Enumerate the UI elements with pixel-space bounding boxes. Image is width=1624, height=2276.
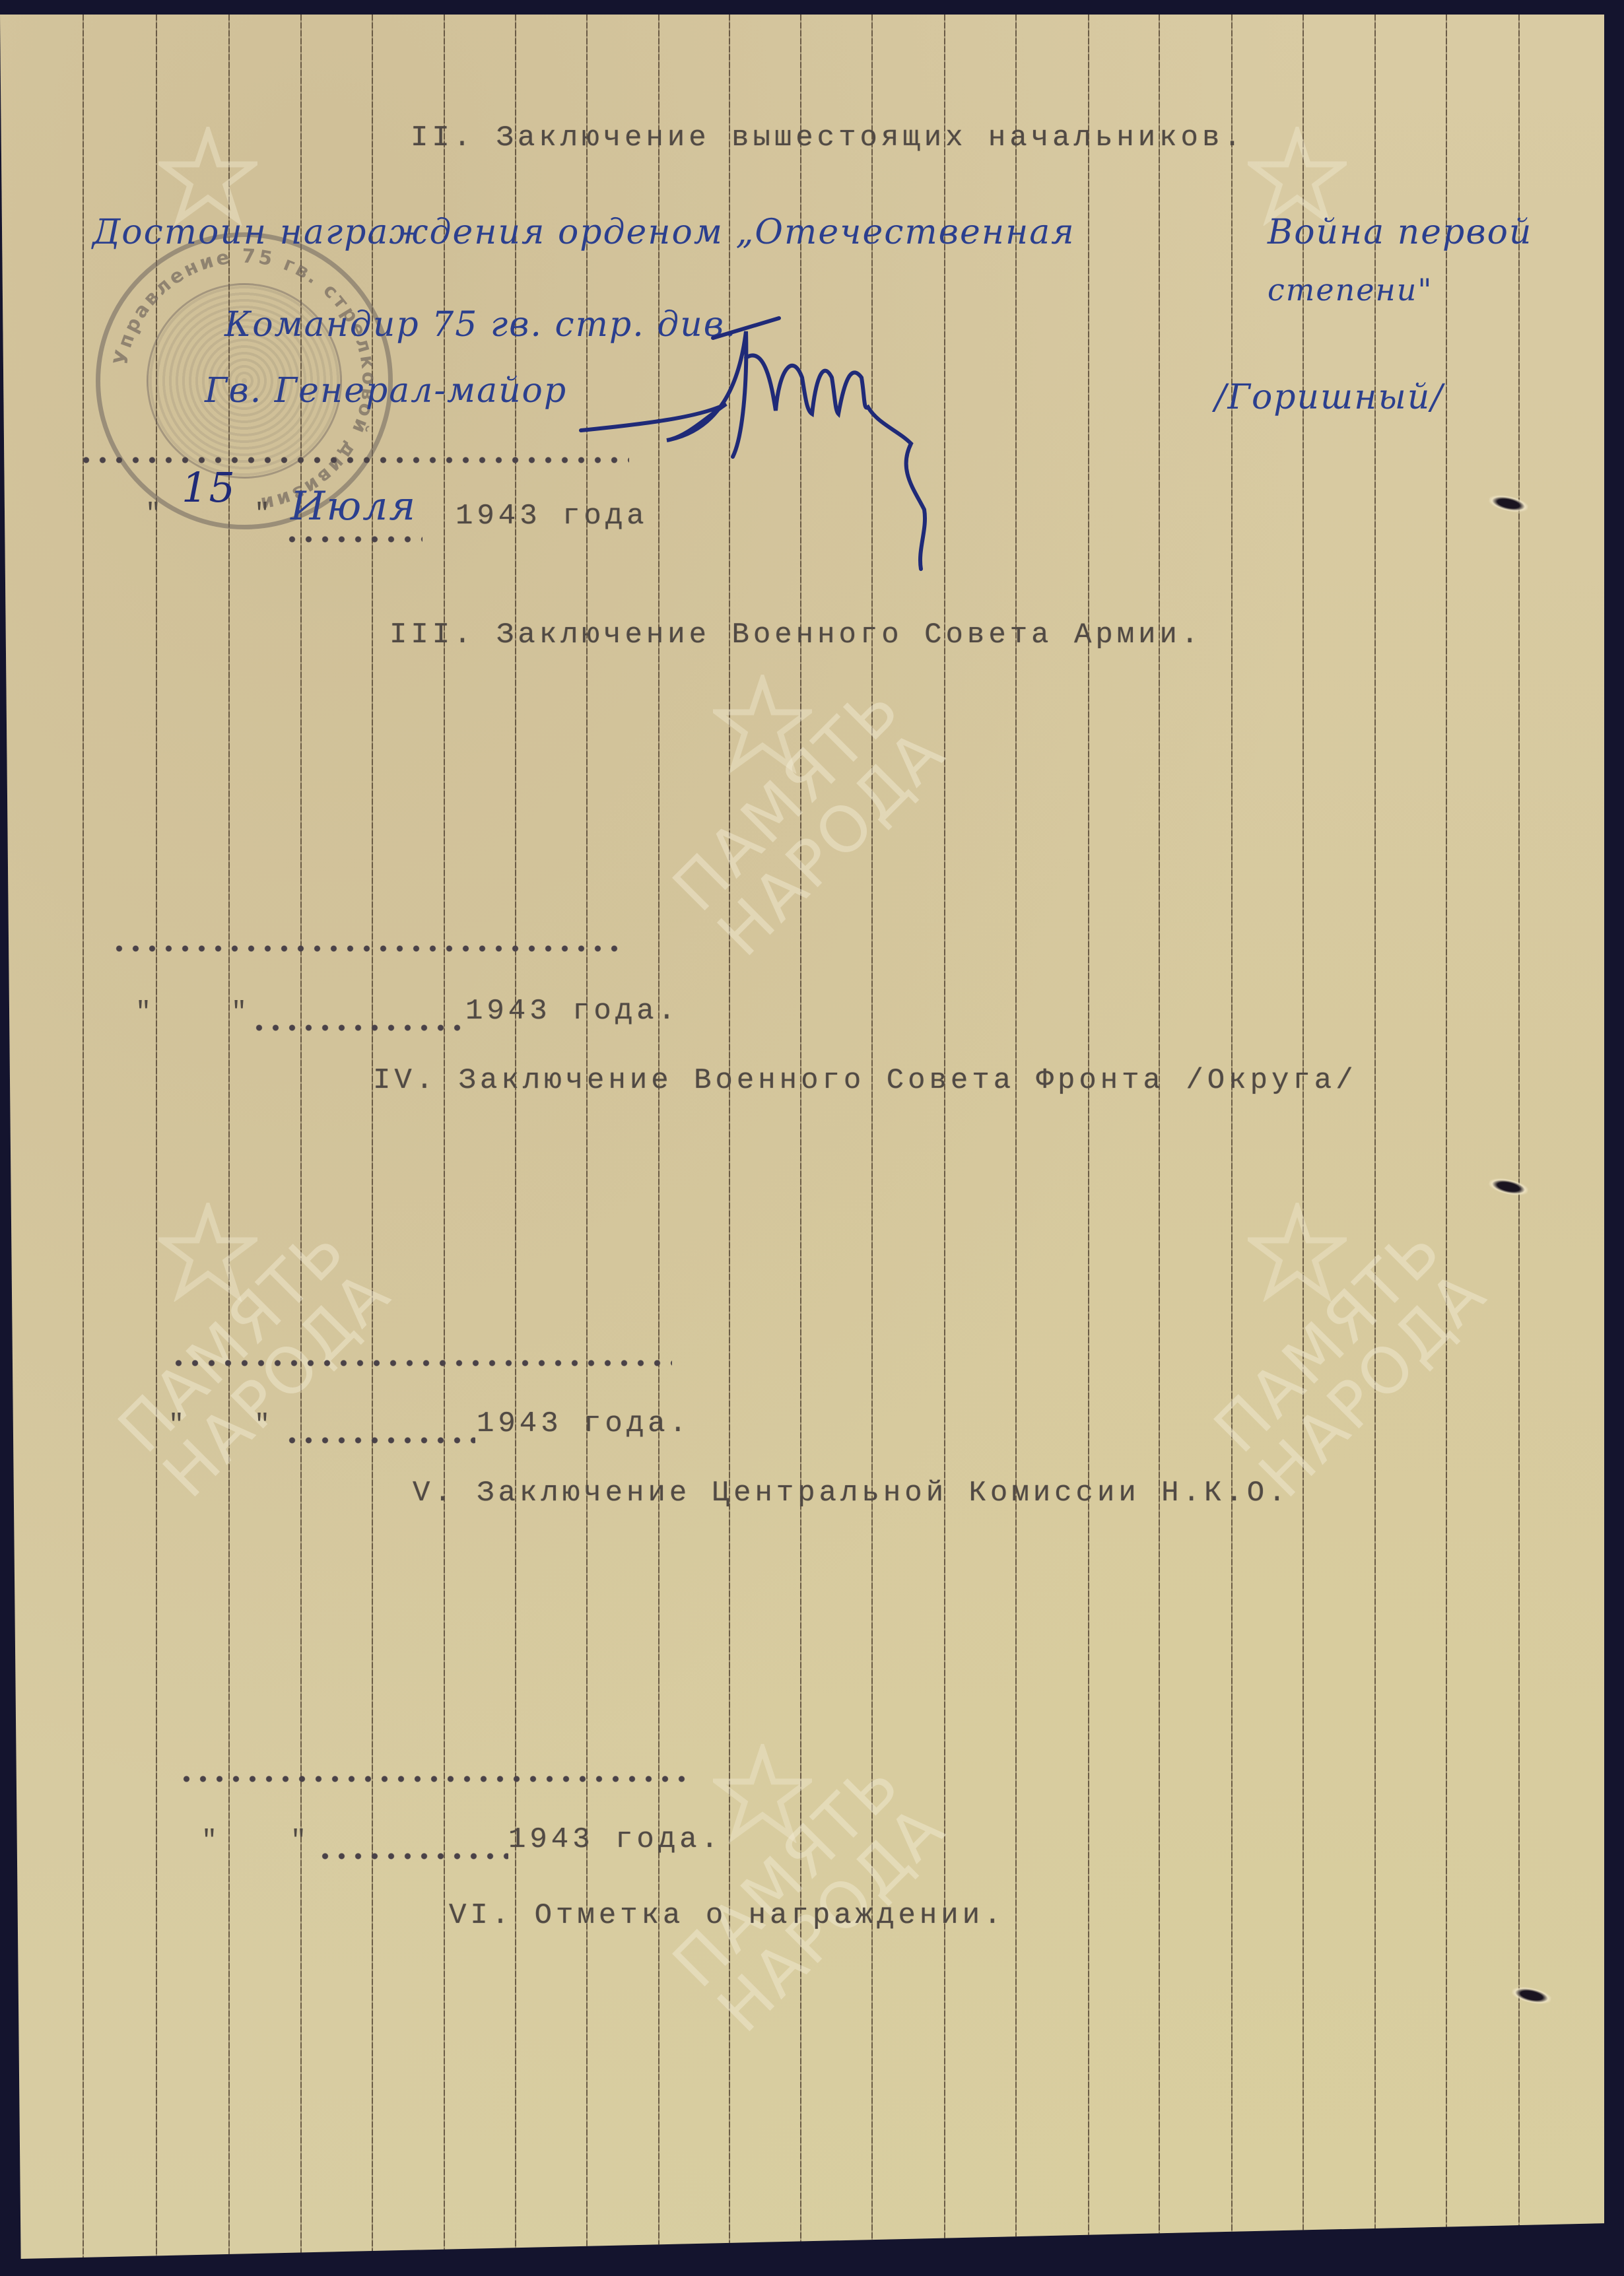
- date-dotted-line: [284, 1437, 475, 1444]
- signature-dotted-line: [178, 1776, 687, 1782]
- ruled-line: [1231, 15, 1233, 2259]
- ruled-line: [1303, 15, 1304, 2259]
- ruled-line: [1159, 15, 1160, 2259]
- punch-hole: [1487, 492, 1529, 515]
- signature-dotted-line: [78, 457, 629, 463]
- ruled-line: [1374, 15, 1376, 2259]
- date-year: 1943 года.: [477, 1407, 691, 1440]
- date-close-quote: ": [290, 1826, 306, 1856]
- section-2-heading: II. Заключение вышестоящих начальников.: [411, 121, 1245, 154]
- watermark-star-icon: [713, 675, 812, 774]
- recommendation-text-cont: Война первой: [1268, 213, 1532, 252]
- watermark-star-icon: [1248, 127, 1347, 226]
- date-close-quote: ": [254, 1411, 270, 1440]
- punch-hole: [1487, 1176, 1529, 1198]
- date-open-quote: ": [201, 1826, 217, 1856]
- date-open-quote: ": [168, 1411, 184, 1440]
- watermark-star-icon: [713, 1744, 812, 1843]
- date-dotted-line: [317, 1853, 508, 1859]
- commander-rank: Гв. Генерал-майор: [205, 371, 567, 411]
- punch-hole: [1510, 1984, 1552, 2007]
- section-3-heading: III. Заключение Военного Совета Армии.: [389, 619, 1202, 652]
- document-page: ПАМЯТЬ НАРОДА ПАМЯТЬ НАРОДА ПАМЯТЬ НАРОД…: [0, 15, 1604, 2259]
- commander-name: /Горишный/: [1215, 378, 1444, 417]
- date-year: 1943 года: [456, 500, 648, 533]
- watermark-line: НАРОДА: [153, 1267, 394, 1508]
- date-open-quote: ": [145, 500, 161, 529]
- ruled-line: [1088, 15, 1089, 2259]
- watermark-star-icon: [1248, 1203, 1347, 1302]
- date-month: Июля: [290, 483, 417, 529]
- date-day: 15: [182, 463, 236, 512]
- date-open-quote: ": [135, 998, 151, 1028]
- watermark-star-icon: [158, 1203, 257, 1302]
- date-year: 1943 года.: [508, 1823, 722, 1856]
- recommendation-text-degree: степени": [1268, 272, 1433, 308]
- watermark-line: НАРОДА: [1249, 1267, 1490, 1508]
- signature-dotted-line: [111, 945, 619, 952]
- ruled-line: [1446, 15, 1447, 2259]
- section-5-heading: V. Заключение Центральной Комиссии Н.К.О…: [413, 1477, 1290, 1510]
- date-dotted-line: [251, 1024, 462, 1031]
- date-dotted-line: [284, 536, 423, 543]
- watermark-star-icon: [158, 127, 257, 226]
- ruled-line: [1518, 15, 1520, 2259]
- date-close-quote: ": [231, 998, 247, 1028]
- section-6-heading: VI. Отметка о награждении.: [449, 1899, 1005, 1932]
- section-4-heading: IV. Заключение Военного Совета Фронта /О…: [373, 1064, 1357, 1097]
- date-close-quote: ": [254, 500, 270, 529]
- recommendation-text: Достоин награждения орденом „Отечественн…: [92, 213, 1075, 252]
- commander-signature: [568, 292, 1043, 582]
- ruled-line: [444, 15, 445, 2259]
- date-year: 1943 года.: [465, 995, 679, 1028]
- signature-dotted-line: [170, 1360, 672, 1366]
- ruled-line: [83, 15, 84, 2259]
